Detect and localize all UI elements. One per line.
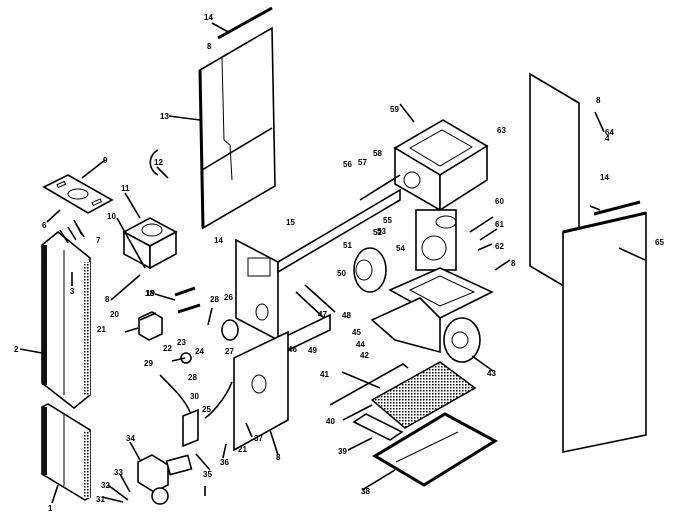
callout-1: 1 xyxy=(48,504,53,513)
callout-59: 59 xyxy=(390,105,399,114)
callout-12: 12 xyxy=(154,158,163,167)
callout-8-bottom: 8 xyxy=(276,453,281,462)
callout-34: 34 xyxy=(126,434,135,443)
callout-22: 22 xyxy=(163,344,172,353)
callout-33: 33 xyxy=(114,468,123,477)
callout-63: 63 xyxy=(497,126,506,135)
callout-2: 2 xyxy=(14,345,19,354)
upper-door-panel xyxy=(42,232,90,408)
callout-38: 38 xyxy=(361,487,370,496)
callout-48: 48 xyxy=(342,311,351,320)
callout-24: 24 xyxy=(195,347,204,356)
callout-51: 51 xyxy=(343,241,352,250)
callout-14-right: 14 xyxy=(600,173,609,182)
door-handle xyxy=(594,202,640,214)
callout-54: 54 xyxy=(396,244,405,253)
callout-36: 36 xyxy=(220,458,229,467)
callout-50: 50 xyxy=(337,269,346,278)
callout-30: 30 xyxy=(190,392,199,401)
callout-41: 41 xyxy=(320,370,329,379)
callout-37: 37 xyxy=(254,434,263,443)
callout-6: 6 xyxy=(42,221,47,230)
callout-23: 23 xyxy=(177,338,186,347)
callout-19: 19 xyxy=(146,289,155,298)
gas-valve xyxy=(138,455,191,504)
callout-57: 57 xyxy=(358,158,367,167)
inducer-housing xyxy=(395,120,487,210)
callout-26: 26 xyxy=(224,293,233,302)
callout-20: 20 xyxy=(110,310,119,319)
callout-65: 65 xyxy=(655,238,664,247)
callout-49: 49 xyxy=(308,346,317,355)
callout-46: 46 xyxy=(288,345,297,354)
callout-21-bottom: 21 xyxy=(238,445,247,454)
callout-14-top: 14 xyxy=(204,13,213,22)
callout-31: 31 xyxy=(96,495,105,504)
callout-56: 56 xyxy=(343,160,352,169)
callout-44: 44 xyxy=(356,340,365,349)
bottom-plate xyxy=(234,332,288,450)
callout-8-right-top: 8 xyxy=(596,96,601,105)
callout-40: 40 xyxy=(326,417,335,426)
callout-13: 13 xyxy=(160,112,169,121)
callout-62: 62 xyxy=(495,242,504,251)
upper-access-panel xyxy=(200,28,275,228)
callout-45: 45 xyxy=(352,328,361,337)
callout-10: 10 xyxy=(107,212,116,221)
callout-32: 32 xyxy=(101,481,110,490)
callout-7: 7 xyxy=(96,236,101,245)
exploded-parts-diagram: 1 2 3 4 6 7 8 8 8 8 8 9 10 11 12 13 14 1… xyxy=(0,0,688,516)
callout-21-left: 21 xyxy=(97,325,106,334)
callout-53: 53 xyxy=(377,227,386,236)
callout-14-mid: 14 xyxy=(214,236,223,245)
callout-3: 3 xyxy=(70,287,75,296)
callout-8-left: 8 xyxy=(105,295,110,304)
callout-27: 27 xyxy=(225,347,234,356)
callout-47: 47 xyxy=(318,310,327,319)
callout-35: 35 xyxy=(203,470,212,479)
callout-25: 25 xyxy=(202,405,211,414)
filter-frame xyxy=(375,414,495,485)
right-door xyxy=(563,213,646,452)
callout-61: 61 xyxy=(495,220,504,229)
blower-housing xyxy=(372,268,492,362)
callout-64: 64 xyxy=(605,128,614,137)
blower-pulley xyxy=(354,248,386,292)
callout-28-upper: 28 xyxy=(210,295,219,304)
callout-9: 9 xyxy=(103,156,108,165)
callout-8-blower: 8 xyxy=(511,259,516,268)
callout-58: 58 xyxy=(373,149,382,158)
callout-39: 39 xyxy=(338,447,347,456)
callout-15: 15 xyxy=(286,218,295,227)
ignitor-bracket xyxy=(183,410,198,446)
callout-11: 11 xyxy=(121,184,130,193)
lower-door-panel xyxy=(42,404,90,500)
callout-8-top: 8 xyxy=(207,42,212,51)
callout-55: 55 xyxy=(383,216,392,225)
flue-plate xyxy=(44,175,112,213)
callout-43: 43 xyxy=(487,369,496,378)
callout-28-lower: 28 xyxy=(188,373,197,382)
callout-42: 42 xyxy=(360,351,369,360)
callout-60: 60 xyxy=(495,197,504,206)
callout-29: 29 xyxy=(144,359,153,368)
inducer-motor xyxy=(416,210,456,270)
